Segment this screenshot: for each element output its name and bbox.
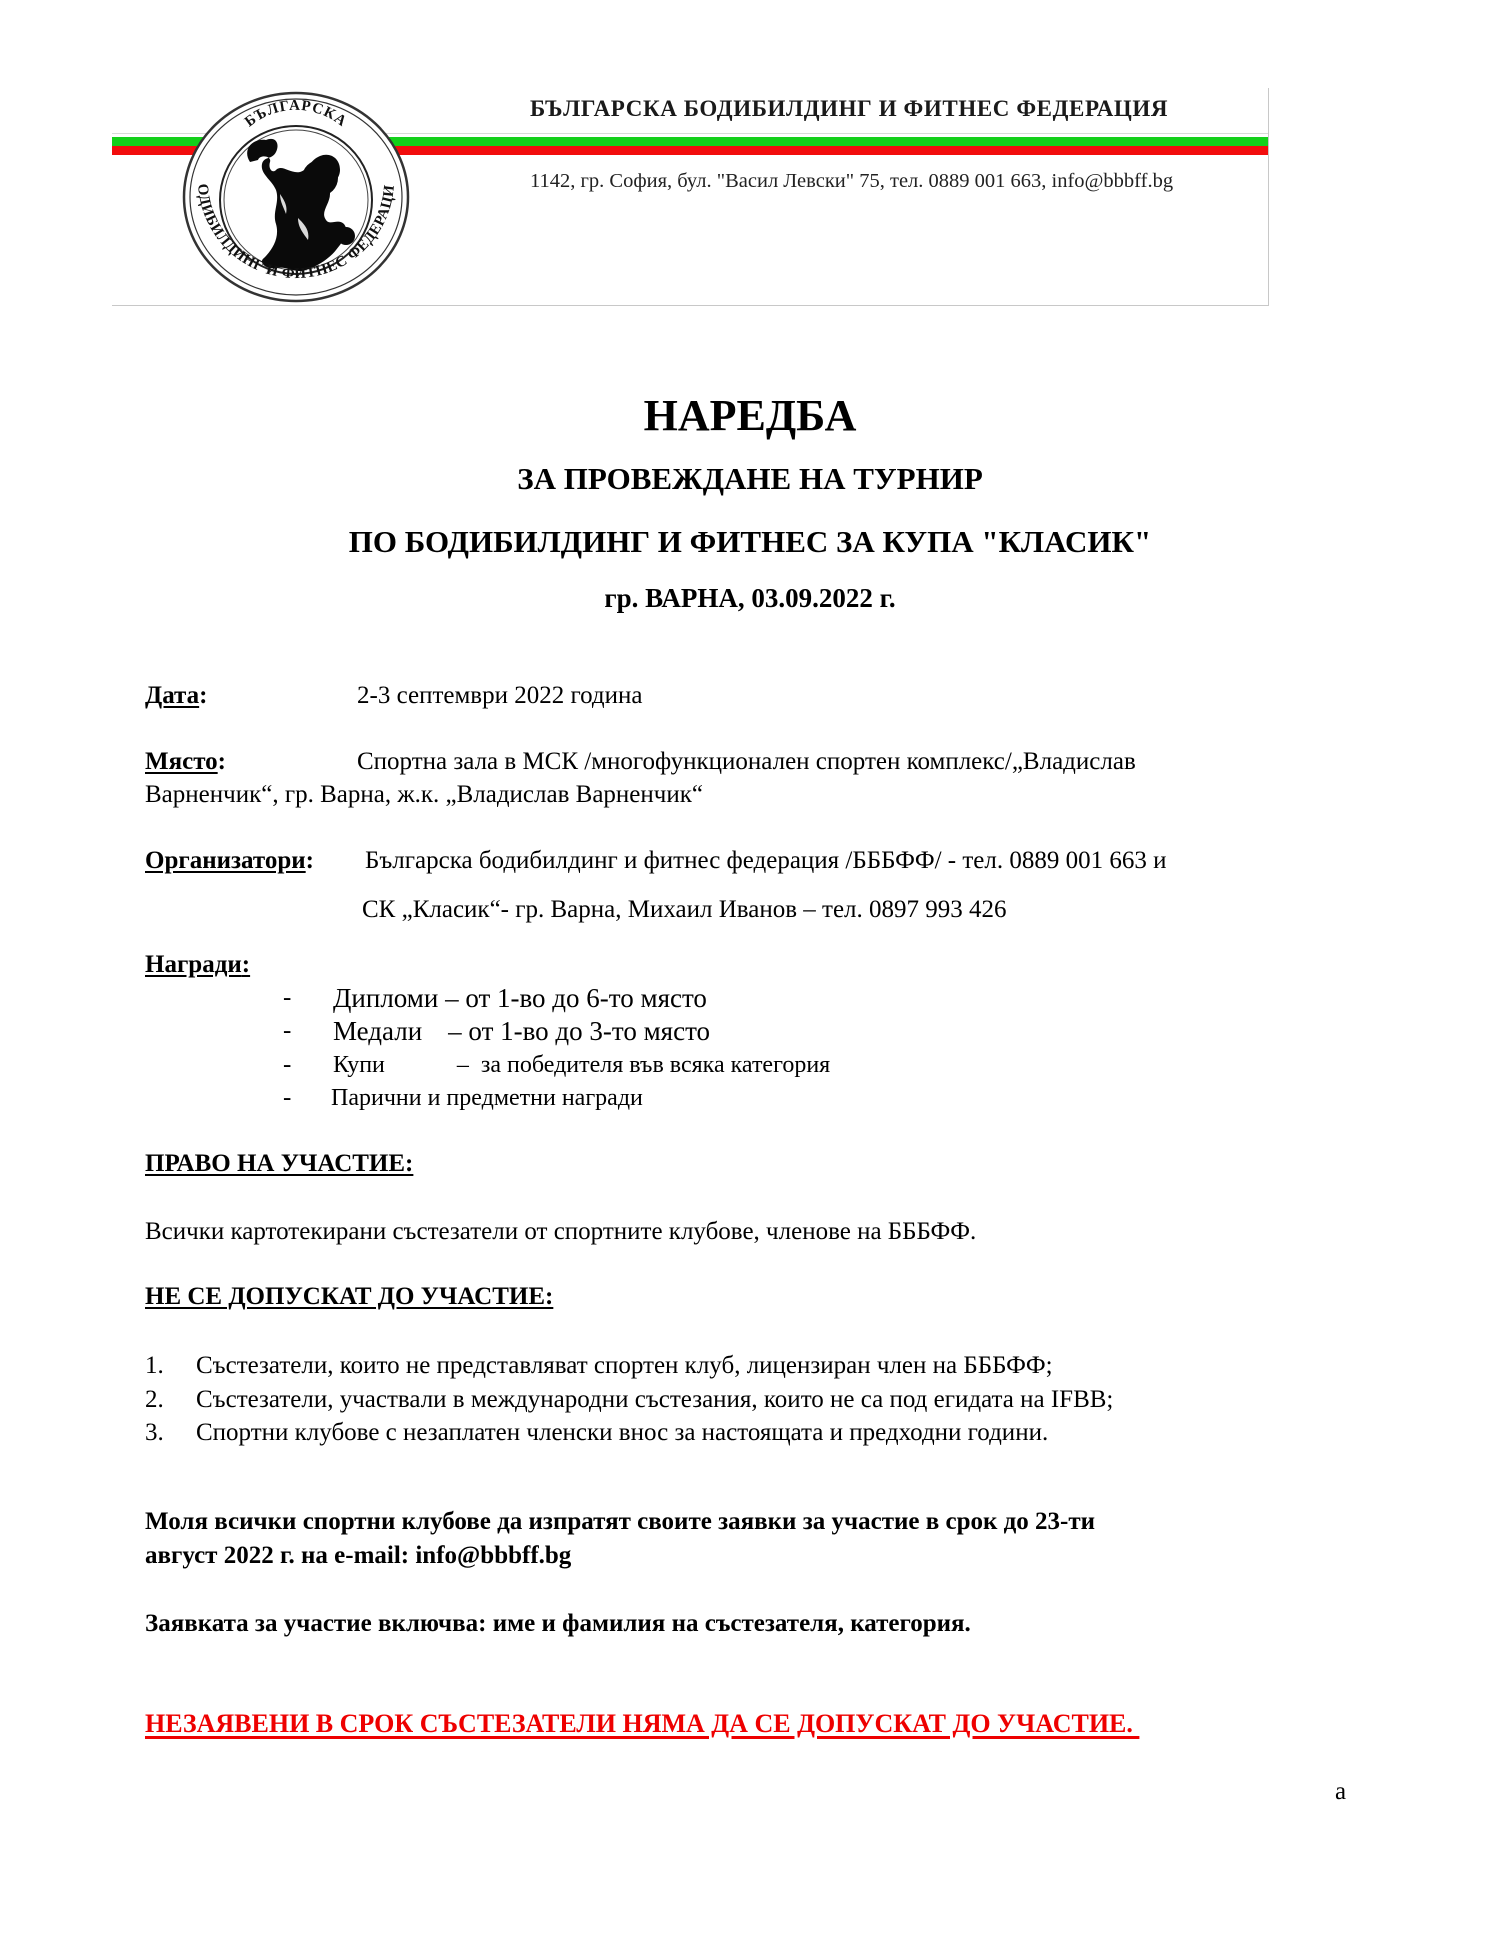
late-registration-warning: НЕЗАЯВЕНИ В СРОК СЪСТЕЗАТЕЛИ НЯМА ДА СЕ … — [145, 1709, 1139, 1739]
prize-bullet: - — [283, 1017, 291, 1045]
prize-desc: – за победителя във всяка категория — [457, 1052, 830, 1078]
organizers-label-colon: : — [306, 847, 314, 874]
application-includes: Заявката за участие включва: име и фамил… — [145, 1610, 971, 1638]
eligibility-text: Всички картотекирани състезатели от спор… — [145, 1218, 976, 1246]
venue-line-2: Варненчик“, гр. Варна, ж.к. „Владислав В… — [145, 781, 703, 809]
exclusion-number: 3. — [145, 1419, 164, 1447]
venue-label: Място — [145, 748, 218, 775]
prize-name: Парични и предметни награди — [331, 1085, 643, 1111]
prize-name: Медали — [333, 1016, 422, 1046]
prize-item-medals: Медали– от 1-во до 3-то място — [333, 1016, 710, 1047]
prize-bullet: - — [283, 1051, 291, 1079]
eligibility-heading: ПРАВО НА УЧАСТИЕ: — [145, 1150, 413, 1178]
document-subtitle-2: ПО БОДИБИЛДИНГ И ФИТНЕС ЗА КУПА "КЛАСИК" — [0, 524, 1500, 560]
exclusion-number: 1. — [145, 1352, 164, 1380]
federation-logo-icon: БЪЛГАРСКА БОДИБИЛДИНГ И ФИТНЕС ФЕДЕРАЦИЯ — [180, 90, 412, 305]
prizes-label-colon: : — [242, 951, 250, 978]
application-line-1: Моля всички спортни клубове да изпратят … — [145, 1508, 1095, 1536]
prize-item-cups: Купи– за победителя във всяка категория — [333, 1052, 830, 1079]
prizes-label-group: Награди: — [145, 951, 250, 979]
document-subtitle-1: ЗА ПРОВЕЖДАНЕ НА ТУРНИР — [0, 461, 1500, 497]
venue-label-colon: : — [218, 748, 226, 775]
exclusion-item: Спортни клубове с незаплатен членски вно… — [196, 1419, 1048, 1447]
prizes-label: Награди — [145, 951, 242, 978]
venue-line-1: Спортна зала в МСК /многофункционален сп… — [357, 748, 1136, 776]
prize-desc: – от 1-во до 6-то място — [445, 983, 707, 1013]
exclusion-number: 2. — [145, 1386, 164, 1414]
prize-desc: – от 1-во до 3-то място — [448, 1016, 710, 1046]
document-place-date: гр. ВАРНА, 03.09.2022 г. — [0, 583, 1500, 614]
letterhead: БЪЛГАРСКА БОДИБИЛДИНГ И ФИТНЕС ФЕДЕРАЦИЯ… — [112, 88, 1269, 306]
federation-name: БЪЛГАРСКА БОДИБИЛДИНГ И ФИТНЕС ФЕДЕРАЦИЯ — [530, 96, 1168, 122]
page-mark: a — [1335, 1778, 1346, 1806]
organizers-line-2: СК „Класик“- гр. Варна, Михаил Иванов – … — [362, 896, 1007, 924]
federation-address: 1142, гр. София, бул. "Васил Левски" 75,… — [530, 170, 1173, 193]
document-title: НАРЕДБА — [0, 390, 1500, 441]
prize-name: Купи — [333, 1052, 385, 1078]
prize-bullet: - — [283, 1084, 291, 1112]
date-value: 2-3 септември 2022 година — [357, 682, 642, 710]
prize-item-money: Парични и предметни награди — [331, 1085, 643, 1112]
prize-bullet: - — [283, 984, 291, 1012]
exclusion-item: Състезатели, които не представляват спор… — [196, 1352, 1053, 1380]
exclusions-heading: НЕ СЕ ДОПУСКАТ ДО УЧАСТИЕ: — [145, 1283, 553, 1311]
venue-label-group: Място: — [145, 748, 226, 776]
date-label: Дата — [145, 682, 199, 709]
date-label-group: Дата: — [145, 682, 207, 710]
organizers-label: Организатори — [145, 847, 306, 874]
application-line-2: август 2022 г. на e-mail: info@bbbff.bg — [145, 1542, 571, 1570]
prize-name: Дипломи — [333, 983, 438, 1013]
date-label-colon: : — [199, 682, 207, 709]
organizers-line-1: Българска бодибилдинг и фитнес федерация… — [365, 847, 1166, 875]
exclusion-item: Състезатели, участвали в международни съ… — [196, 1386, 1113, 1414]
organizers-label-group: Организатори: — [145, 847, 314, 875]
prize-item-diplomas: Дипломи – от 1-во до 6-то място — [333, 983, 707, 1014]
